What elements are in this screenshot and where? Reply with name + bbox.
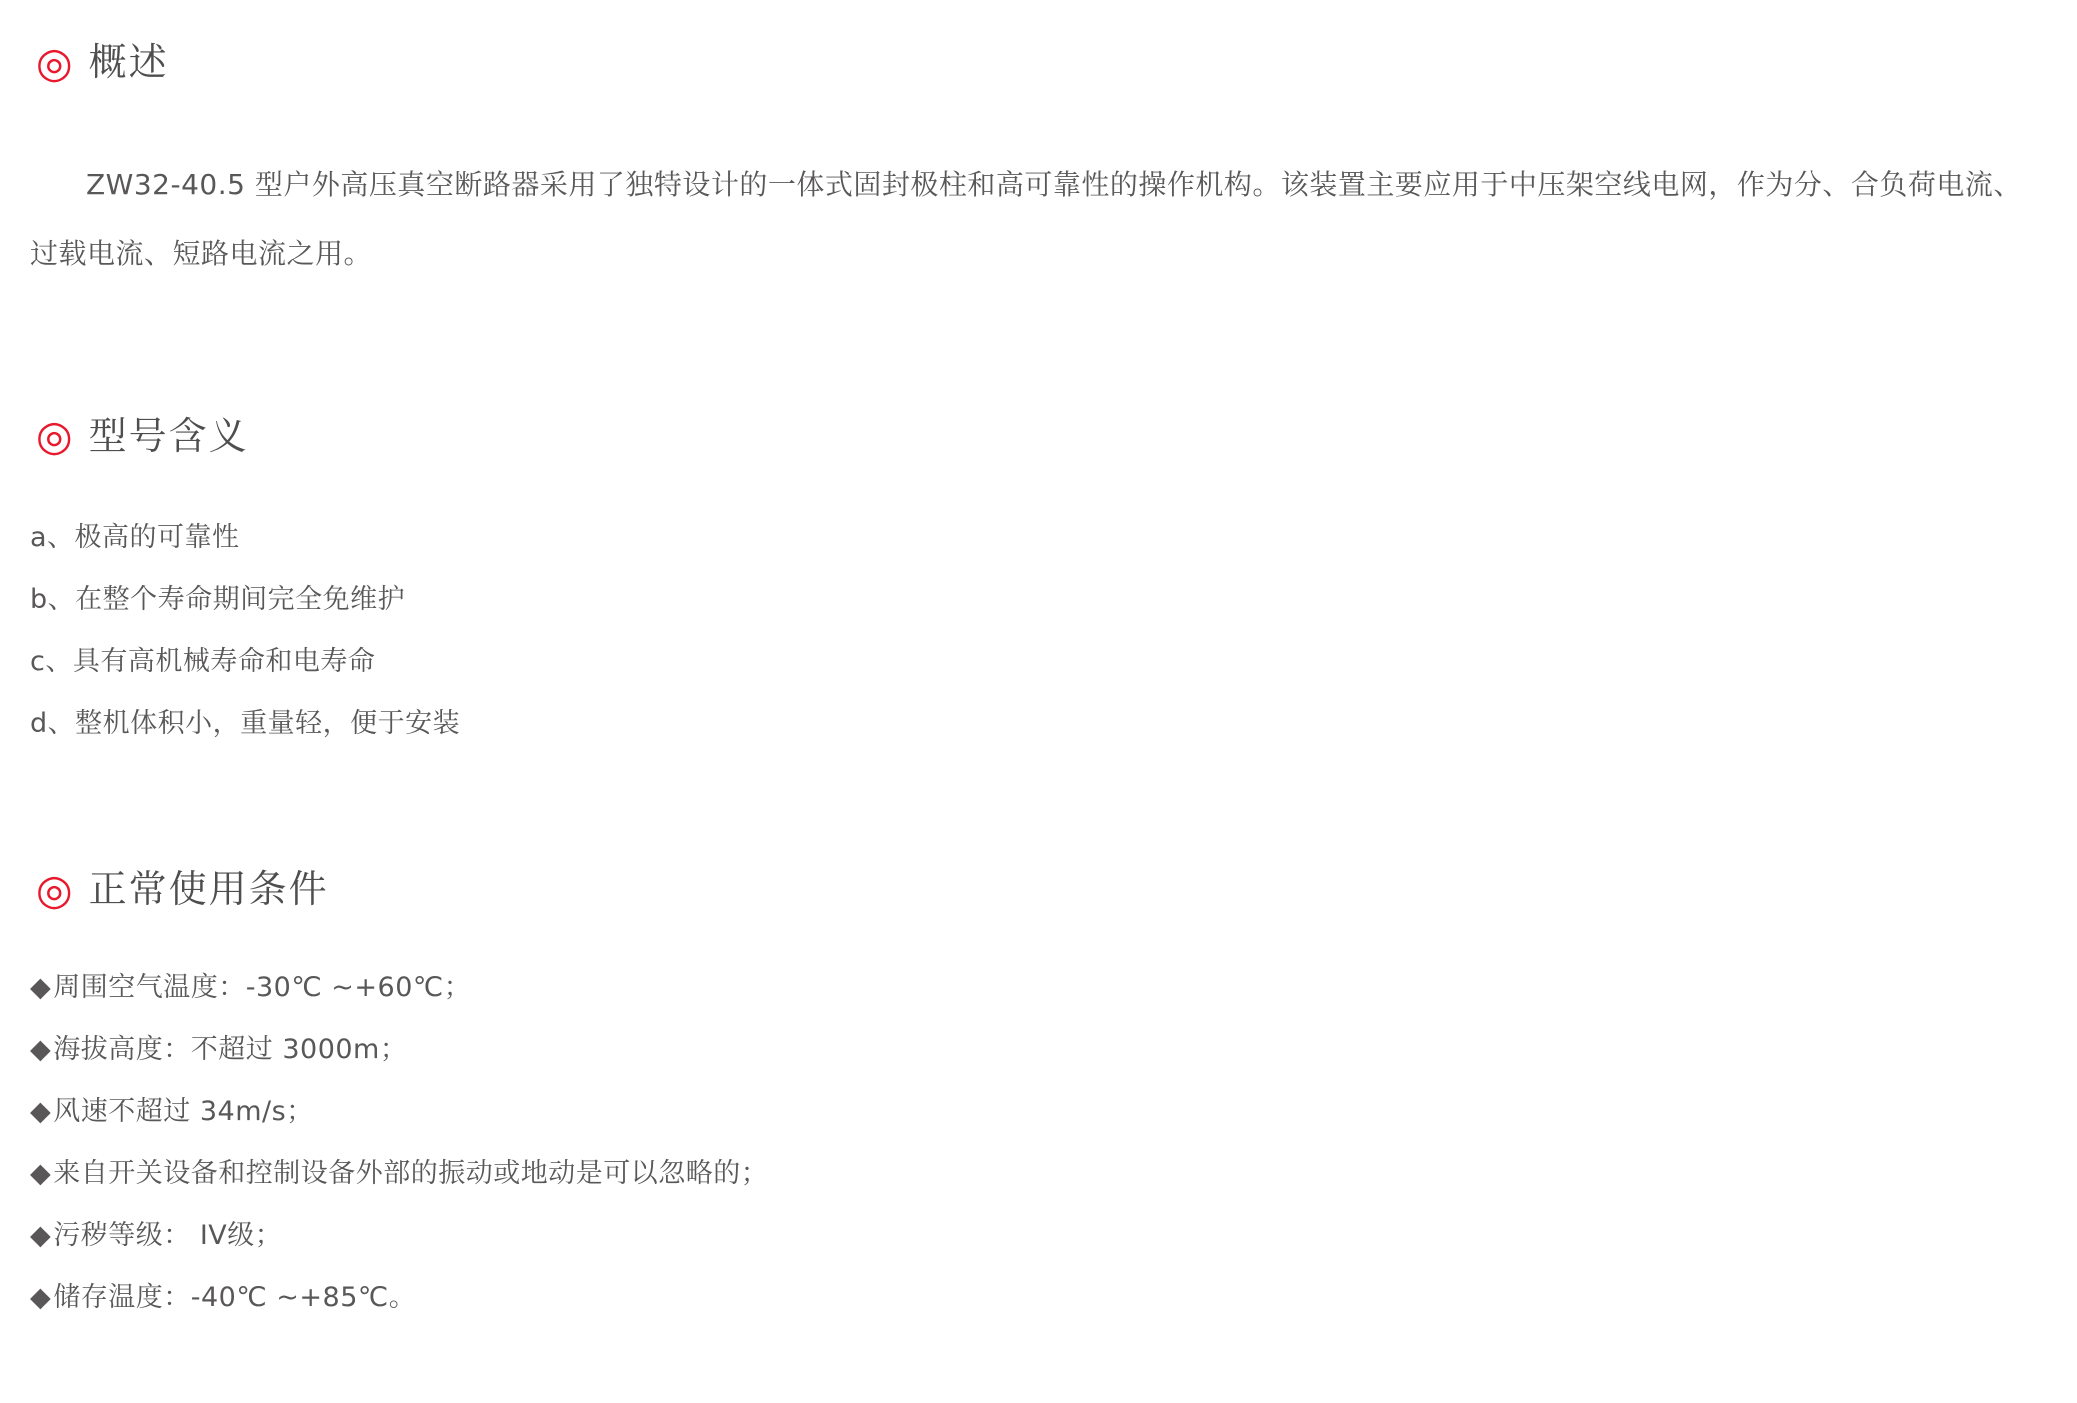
double-circle-icon: ◎	[36, 415, 73, 457]
section-overview-title: 概述	[89, 40, 169, 86]
condition-item: ◆污秽等级： IV级；	[30, 1205, 2037, 1267]
diamond-bullet-icon: ◆	[30, 1034, 51, 1065]
section-overview: ◎ 概述 ZW32-40.5 型户外高压真空断路器采用了独特设计的一体式固封极柱…	[30, 40, 2037, 288]
condition-text: 海拔高度：不超过 3000m；	[53, 1034, 407, 1065]
section-normal-conditions: ◎ 正常使用条件 ◆周围空气温度：-30℃ ~+60℃； ◆海拔高度：不超过 3…	[30, 867, 2037, 1329]
double-circle-icon: ◎	[36, 869, 73, 911]
feature-list: a、极高的可靠性 b、在整个寿命期间完全免维护 c、具有高机械寿命和电寿命 d、…	[30, 507, 2037, 755]
feature-item: b、在整个寿命期间完全免维护	[30, 569, 2037, 631]
feature-item: d、整机体积小，重量轻，便于安装	[30, 693, 2037, 755]
condition-text: 储存温度：-40℃ ~+85℃。	[53, 1282, 416, 1313]
condition-text: 污秽等级： IV级；	[53, 1220, 282, 1251]
condition-text: 来自开关设备和控制设备外部的振动或地动是可以忽略的；	[53, 1158, 768, 1189]
feature-item: a、极高的可靠性	[30, 507, 2037, 569]
condition-item: ◆周围空气温度：-30℃ ~+60℃；	[30, 957, 2037, 1019]
condition-item: ◆来自开关设备和控制设备外部的振动或地动是可以忽略的；	[30, 1143, 2037, 1205]
section-conditions-heading: ◎ 正常使用条件	[30, 867, 2037, 913]
diamond-bullet-icon: ◆	[30, 1220, 51, 1251]
diamond-bullet-icon: ◆	[30, 1282, 51, 1313]
section-model-meaning: ◎ 型号含义 a、极高的可靠性 b、在整个寿命期间完全免维护 c、具有高机械寿命…	[30, 414, 2037, 756]
diamond-bullet-icon: ◆	[30, 972, 51, 1003]
diamond-bullet-icon: ◆	[30, 1096, 51, 1127]
condition-item: ◆储存温度：-40℃ ~+85℃。	[30, 1267, 2037, 1329]
overview-paragraph: ZW32-40.5 型户外高压真空断路器采用了独特设计的一体式固封极柱和高可靠性…	[30, 150, 2037, 288]
double-circle-icon: ◎	[36, 42, 73, 84]
section-conditions-title: 正常使用条件	[89, 867, 329, 913]
conditions-list: ◆周围空气温度：-30℃ ~+60℃； ◆海拔高度：不超过 3000m； ◆风速…	[30, 957, 2037, 1329]
section-model-title: 型号含义	[89, 414, 249, 460]
section-model-heading: ◎ 型号含义	[30, 414, 2037, 460]
document-page: ◎ 概述 ZW32-40.5 型户外高压真空断路器采用了独特设计的一体式固封极柱…	[0, 0, 2077, 1403]
condition-item: ◆海拔高度：不超过 3000m；	[30, 1019, 2037, 1081]
condition-item: ◆风速不超过 34m/s；	[30, 1081, 2037, 1143]
condition-text: 风速不超过 34m/s；	[53, 1096, 313, 1127]
condition-text: 周围空气温度：-30℃ ~+60℃；	[53, 972, 471, 1003]
section-overview-heading: ◎ 概述	[30, 40, 2037, 86]
diamond-bullet-icon: ◆	[30, 1158, 51, 1189]
feature-item: c、具有高机械寿命和电寿命	[30, 631, 2037, 693]
